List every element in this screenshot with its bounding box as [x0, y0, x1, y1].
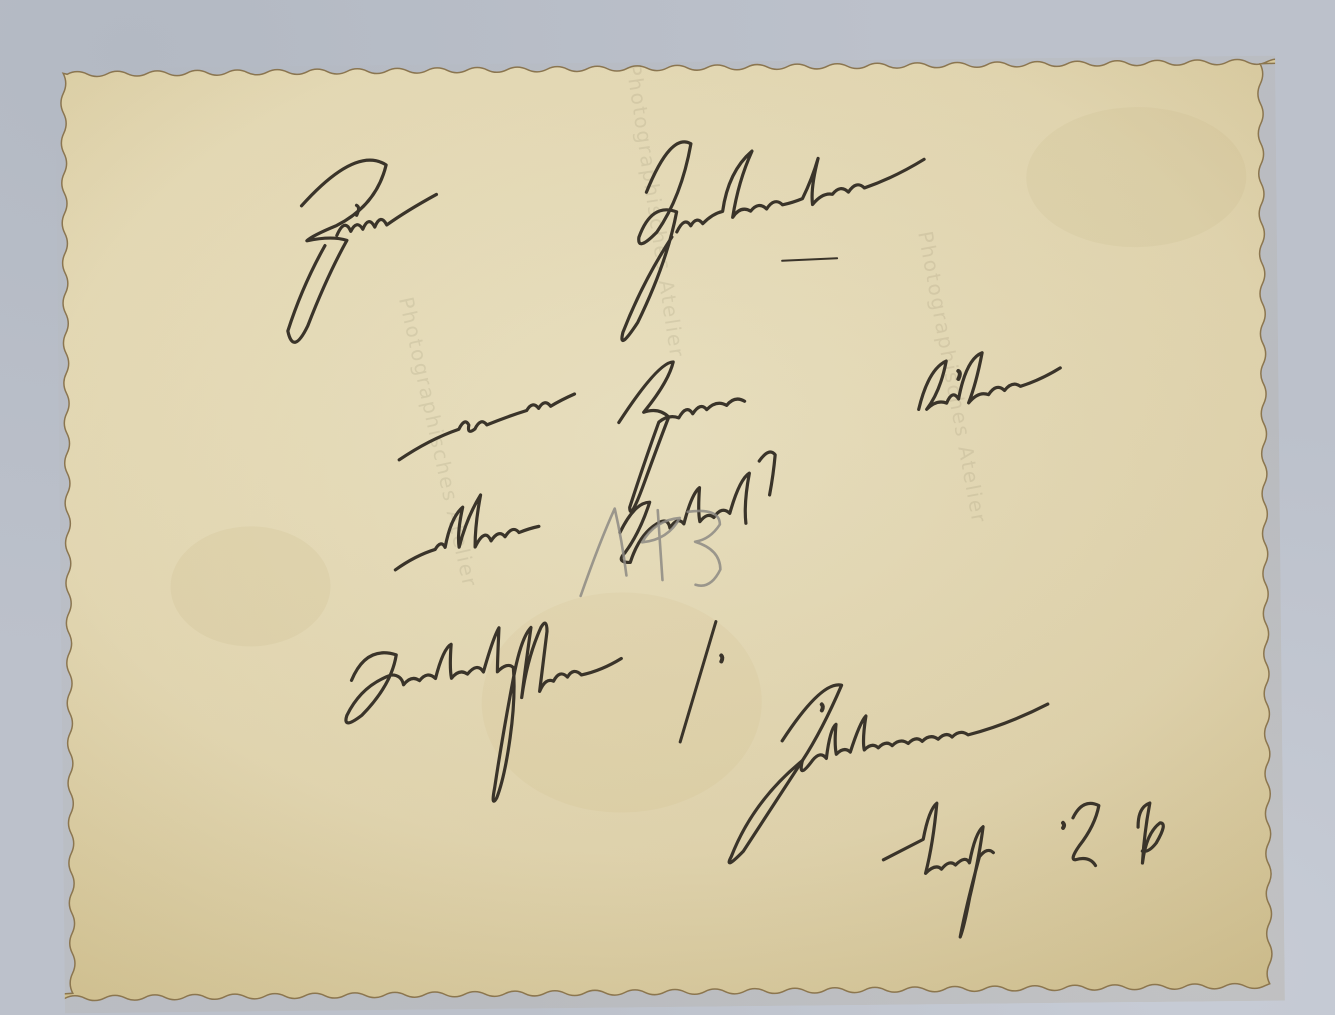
- pencil-note: 1923: [569, 479, 740, 611]
- photo-card-back: Photographisches Atelier Photographische…: [55, 56, 1285, 1014]
- pencil-note-strokes: [569, 479, 740, 611]
- handwritten-inscription: Zum Gedenken an Ihren lieben alten Ludwi…: [55, 56, 1285, 1014]
